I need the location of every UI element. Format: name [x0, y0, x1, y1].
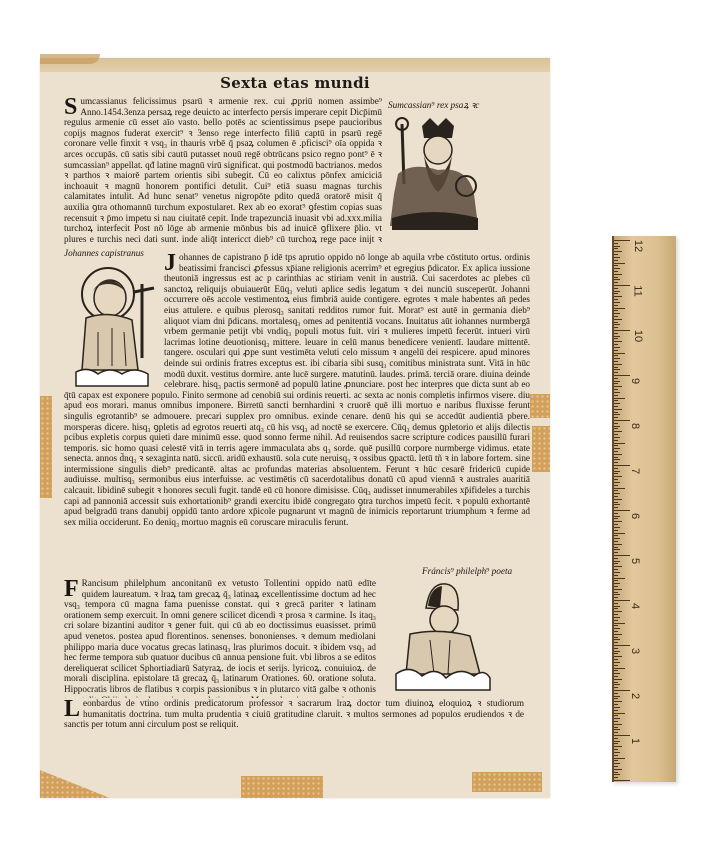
- ruler-tick: [614, 690, 630, 691]
- ruler-tick: [614, 338, 618, 339]
- crowned-king-woodcut: [382, 114, 484, 234]
- ruler-tick: [614, 451, 618, 452]
- ruler-tick: [614, 620, 618, 621]
- tape-corner-bottom-left: [40, 770, 110, 798]
- tape-strip-bottom-center: [241, 776, 323, 798]
- paragraph-text: eonbardus de vtino ordinis predicatorum …: [64, 698, 524, 729]
- ruler-tick: [614, 561, 620, 562]
- ruler-tick: [614, 538, 620, 539]
- ruler-tick: [614, 772, 618, 773]
- ruler-tick: [614, 600, 630, 601]
- ruler-tick: [614, 504, 620, 505]
- ruler-tick: [614, 510, 630, 511]
- paragraph-text: umcassianus felicissimus psarū ꝛ armenie…: [64, 96, 382, 244]
- figure-spacer: [64, 252, 164, 380]
- ruler-tick: [614, 288, 618, 289]
- ruler-tick: [614, 569, 618, 570]
- ruler-tick: [614, 496, 618, 497]
- ruler-tick: [614, 395, 618, 396]
- ruler-tick: [614, 769, 622, 770]
- ruler-tick: [614, 682, 618, 683]
- ruler-tick: [614, 347, 620, 348]
- ruler-tick: [614, 389, 618, 390]
- ruler-tick: [614, 260, 618, 261]
- ruler-tick: [614, 431, 622, 432]
- ruler-tick: [614, 350, 618, 351]
- ruler-tick: [614, 476, 622, 477]
- ruler-tick: [614, 676, 618, 677]
- ruler-tick: [614, 291, 620, 292]
- ruler-tick: [614, 651, 620, 652]
- ruler-tick: [614, 375, 630, 376]
- manuscript-leaf: Sexta etas mundi Sumcassian⁹ rex psaꝝ ꝛc…: [40, 58, 550, 798]
- ruler-tick: [614, 364, 622, 365]
- ruler-tick: [614, 336, 620, 337]
- ruler-tick: [614, 777, 618, 778]
- drop-cap: F: [64, 579, 79, 599]
- ruler-tick: [614, 642, 618, 643]
- ruler-tick: [614, 381, 620, 382]
- ruler-tick: [614, 594, 620, 595]
- ruler-tick: [614, 279, 620, 280]
- ruler-tick: [614, 625, 618, 626]
- ruler-tick: [614, 665, 618, 666]
- ruler-tick: [614, 648, 618, 649]
- ruler-tick: [614, 698, 618, 699]
- tape-strip-right-upper: [530, 394, 550, 418]
- ruler-label: 6: [629, 513, 641, 519]
- ruler-tick: [614, 333, 618, 334]
- ruler-tick: [614, 299, 618, 300]
- ruler-tick: [614, 544, 622, 545]
- ruler-tick: [614, 634, 622, 635]
- ruler-tick: [614, 319, 622, 320]
- ruler-tick: [614, 732, 618, 733]
- ruler-tick: [614, 679, 622, 680]
- ruler-tick: [614, 758, 625, 759]
- ruler-tick: [614, 659, 618, 660]
- ruler-tick: [614, 428, 618, 429]
- ruler-tick: [614, 735, 630, 736]
- ruler-tick: [614, 707, 620, 708]
- ruler-tick: [614, 535, 618, 536]
- ruler-tick: [614, 575, 618, 576]
- running-head: Sexta etas mundi: [40, 74, 550, 92]
- ruler-tick: [614, 302, 620, 303]
- ruler-tick: [614, 403, 620, 404]
- ruler-tick: [614, 459, 620, 460]
- ruler-tick: [614, 310, 618, 311]
- paragraph-text: Rancisum philelphum anconitanū ex vetust…: [64, 578, 376, 698]
- poet-woodcut: [390, 578, 494, 692]
- ruler-tick: [614, 555, 630, 556]
- ruler-tick: [614, 406, 618, 407]
- ruler-tick: [614, 724, 622, 725]
- ruler-label: 12: [632, 240, 644, 252]
- paragraph-capistrano: Johannes de capistrano p̄ idē tps apruti…: [64, 252, 530, 578]
- ruler-tick: [614, 656, 622, 657]
- ruler-tick: [614, 606, 620, 607]
- ruler-tick: [614, 293, 618, 294]
- ruler-tick: [614, 521, 622, 522]
- ruler-label: 9: [629, 378, 641, 384]
- ruler-tick: [614, 248, 618, 249]
- ruler-tick: [614, 518, 618, 519]
- ruler-tick: [614, 305, 618, 306]
- ruler-tick: [614, 668, 625, 669]
- ruler-tick: [614, 541, 618, 542]
- ruler-tick: [614, 597, 618, 598]
- ruler-tick: [614, 749, 618, 750]
- ruler-tick: [614, 780, 630, 781]
- ruler-tick: [614, 617, 620, 618]
- ruler-tick: [614, 578, 625, 579]
- ruler-tick: [614, 367, 618, 368]
- ruler-tick: [614, 313, 620, 314]
- ruler-tick: [614, 372, 618, 373]
- ruler-tick: [614, 704, 618, 705]
- ruler-tick: [614, 420, 630, 421]
- paragraph-philelphus: FRancisum philelphum anconitanū ex vetus…: [64, 578, 376, 698]
- drop-cap: L: [64, 699, 80, 719]
- ruler-tick: [614, 322, 618, 323]
- ruler-tick: [614, 454, 622, 455]
- ruler-tick: [614, 344, 618, 345]
- ruler-label: 3: [629, 648, 641, 654]
- ruler-tick: [614, 721, 618, 722]
- ruler-tick: [614, 440, 618, 441]
- ruler-tick: [614, 400, 618, 401]
- ruler-tick: [614, 592, 618, 593]
- ruler-tick: [614, 608, 618, 609]
- ruler-tick: [614, 710, 618, 711]
- ruler-tick: [614, 603, 618, 604]
- ruler-tick: [614, 437, 620, 438]
- ruler-tick: [614, 412, 618, 413]
- ruler-tick: [614, 743, 618, 744]
- king-figure-icon: [382, 114, 484, 234]
- ruler-tick: [614, 398, 625, 399]
- ruler-tick: [614, 271, 618, 272]
- ruler-tick: [614, 645, 630, 646]
- ruler-tick: [614, 414, 620, 415]
- ruler-tick: [614, 490, 618, 491]
- ruler-tick: [614, 631, 618, 632]
- ruler-tick: [614, 696, 620, 697]
- ruler-tick: [614, 457, 618, 458]
- ruler-label: 10: [632, 330, 644, 342]
- ruler-tick: [614, 662, 620, 663]
- ruler-tick: [614, 254, 618, 255]
- ruler-tick: [614, 473, 618, 474]
- ruler-tick: [614, 488, 625, 489]
- ruler-tick: [614, 296, 622, 297]
- ruler-tick: [614, 527, 620, 528]
- ruler-label: 5: [629, 558, 641, 564]
- ruler-label: 11: [632, 285, 644, 296]
- tape-strip-bottom-right: [472, 772, 542, 792]
- ruler-tick: [614, 549, 620, 550]
- ruler-tick: [614, 763, 620, 764]
- ruler-label: 8: [629, 423, 641, 429]
- ruler-tick: [614, 774, 620, 775]
- ruler-tick: [614, 277, 618, 278]
- ruler-tick: [614, 383, 618, 384]
- ruler-tick: [614, 715, 618, 716]
- ruler-tick: [614, 316, 618, 317]
- ruler-tick: [614, 530, 618, 531]
- ruler-tick: [614, 358, 620, 359]
- ruler-tick: [614, 513, 618, 514]
- poet-figure-icon: [390, 578, 494, 692]
- ruler-tick: [614, 684, 620, 685]
- ruler-tick: [614, 693, 618, 694]
- ruler-tick: [614, 760, 618, 761]
- ruler-tick: [614, 285, 630, 286]
- ruler-tick: [614, 265, 618, 266]
- ruler-tick: [614, 729, 620, 730]
- ruler-tick: [614, 257, 620, 258]
- ruler-label: 2: [629, 693, 641, 699]
- ruler-tick: [614, 417, 618, 418]
- ruler-tick: [614, 251, 622, 252]
- ruler-tick: [614, 369, 620, 370]
- ruler-tick: [614, 353, 625, 354]
- ruler-tick: [614, 687, 618, 688]
- caption-philelphus: Fráncis⁹ philelph⁹ poeta: [422, 566, 512, 576]
- ruler-tick: [614, 445, 618, 446]
- ruler-tick: [614, 468, 618, 469]
- ruler-tick: [614, 589, 622, 590]
- ruler-tick: [614, 623, 625, 624]
- ruler-tick: [614, 524, 618, 525]
- ruler-tick: [614, 243, 618, 244]
- ruler-tick: [614, 324, 620, 325]
- ruler-tick: [614, 282, 618, 283]
- ruler-tick: [614, 580, 618, 581]
- ruler-tick: [614, 392, 620, 393]
- ruler-tick: [614, 566, 622, 567]
- ruler-tick: [614, 246, 620, 247]
- ruler-tick: [614, 499, 622, 500]
- ruler-tick: [614, 516, 620, 517]
- torn-top-edge: [40, 58, 550, 72]
- ruler-tick: [614, 628, 620, 629]
- ruler-tick: [614, 378, 618, 379]
- ruler-tick: [614, 611, 622, 612]
- ruler-tick: [614, 355, 618, 356]
- ruler-tick: [614, 572, 620, 573]
- ruler-tick: [614, 727, 618, 728]
- caption-king: Sumcassian⁹ rex psaꝝ ꝛc: [388, 98, 479, 111]
- ruler-tick: [614, 637, 618, 638]
- ruler-tick: [614, 673, 620, 674]
- ruler-tick: [614, 308, 625, 309]
- ruler-tick: [614, 583, 620, 584]
- ruler-tick: [614, 718, 620, 719]
- ruler-tick: [614, 448, 620, 449]
- ruler-tick: [614, 409, 622, 410]
- ruler-tick: [614, 423, 618, 424]
- ruler-tick: [614, 471, 620, 472]
- ruler-tick: [614, 752, 620, 753]
- ruler-tick: [614, 443, 625, 444]
- ruler-tick: [614, 563, 618, 564]
- ruler-tick: [614, 653, 618, 654]
- ruler-tick: [614, 502, 618, 503]
- paragraph-leonardus: Leonbardus de vtino ordinis predicatorum…: [64, 698, 524, 734]
- ruler-label: 1: [629, 738, 641, 744]
- ruler-tick: [614, 240, 630, 241]
- ruler-tick: [614, 755, 618, 756]
- paragraph-sumcassianus: Sumcassianus felicissimus psarū ꝛ armeni…: [64, 96, 382, 244]
- ruler-tick: [614, 493, 620, 494]
- ruler-tick: [614, 558, 618, 559]
- ruler-tick: [614, 268, 620, 269]
- ruler-tick: [614, 330, 630, 331]
- ruler-tick: [614, 479, 618, 480]
- ruler-tick: [614, 639, 620, 640]
- ruler-tick: [614, 507, 618, 508]
- ruler-tick: [614, 741, 620, 742]
- ruler-tick: [614, 586, 618, 587]
- ruler-tick: [614, 274, 622, 275]
- ruler-tick: [614, 701, 622, 702]
- ruler-label: 7: [629, 468, 641, 474]
- ruler-tick: [614, 670, 618, 671]
- ruler-tick: [614, 552, 618, 553]
- ruler-tick: [614, 766, 618, 767]
- ruler-tick: [614, 327, 618, 328]
- ruler-tick: [614, 386, 622, 387]
- ruler-tick: [614, 547, 618, 548]
- ruler-tick: [614, 341, 622, 342]
- ruler-tick: [614, 614, 618, 615]
- ruler-tick: [614, 485, 618, 486]
- ruler-tick: [614, 482, 620, 483]
- wooden-ruler: 12 11 10 9 8 7 6 5 4 3 2 1: [612, 236, 676, 782]
- drop-cap: S: [64, 97, 77, 117]
- ruler-label: 4: [629, 603, 641, 609]
- ruler-tick: [614, 713, 625, 714]
- ruler-tick: [614, 263, 625, 264]
- drop-cap: J: [164, 253, 176, 273]
- tape-strip-left: [40, 396, 52, 498]
- tape-strip-right-lower: [532, 426, 550, 472]
- ruler-tick: [614, 434, 618, 435]
- ruler-tick: [614, 746, 622, 747]
- ruler-tick: [614, 465, 630, 466]
- ruler-tick: [614, 426, 620, 427]
- ruler-tick: [614, 738, 618, 739]
- ruler-tick: [614, 462, 618, 463]
- ruler-tick: [614, 361, 618, 362]
- ruler-tick: [614, 533, 625, 534]
